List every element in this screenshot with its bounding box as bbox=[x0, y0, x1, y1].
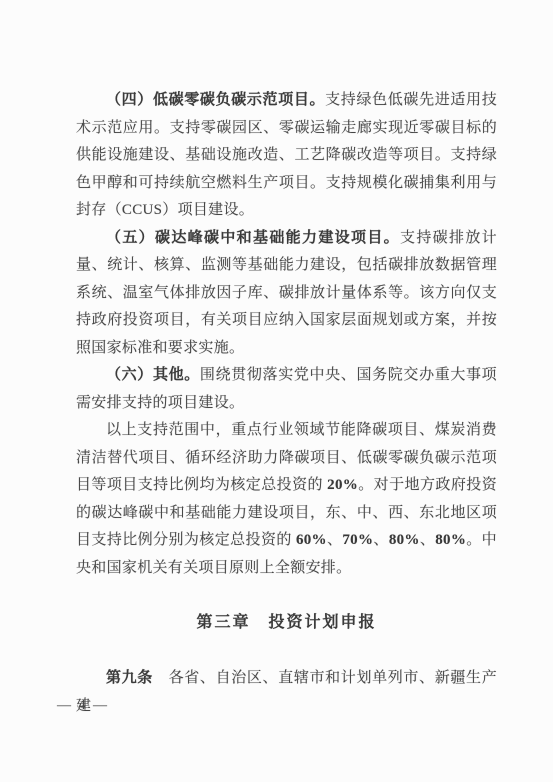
separator: 、 bbox=[420, 532, 436, 548]
percent-20: 20% bbox=[327, 477, 358, 493]
document-body: （四）低碳零碳负碳示范项目。支持绿色低碳先进适用技术示范应用。支持零碳园区、零碳… bbox=[76, 87, 497, 720]
percent-80-b: 80% bbox=[435, 532, 466, 548]
paragraph-support-ratios: 以上支持范围中，重点行业领域节能降碳项目、煤炭消费清洁替代项目、循环经济助力降碳… bbox=[76, 417, 497, 582]
article-9-label: 第九条 bbox=[106, 669, 153, 686]
section-4-title: （四）低碳零碳负碳示范项目。 bbox=[106, 92, 325, 108]
section-5-title: （五）碳达峰碳中和基础能力建设项目。 bbox=[106, 230, 400, 246]
paragraph-section-4: （四）低碳零碳负碳示范项目。支持绿色低碳先进适用技术示范应用。支持零碳园区、零碳… bbox=[76, 87, 497, 225]
paragraph-section-5: （五）碳达峰碳中和基础能力建设项目。支持碳排放计量、统计、核算、监测等基础能力建… bbox=[76, 225, 497, 363]
scanned-document-page: （四）低碳零碳负碳示范项目。支持绿色低碳先进适用技术示范应用。支持零碳园区、零碳… bbox=[0, 0, 553, 782]
percent-80-a: 80% bbox=[389, 532, 420, 548]
percent-60: 60% bbox=[296, 532, 327, 548]
percent-70: 70% bbox=[342, 532, 373, 548]
section-5-text: 支持碳排放计量、统计、核算、监测等基础能力建设，包括碳排放数据管理系统、温室气体… bbox=[76, 230, 497, 356]
page-number: — 4 — bbox=[57, 698, 109, 714]
section-4-text: 支持绿色低碳先进适用技术示范应用。支持零碳园区、零碳运输走廊实现近零碳目标的供能… bbox=[76, 92, 497, 218]
section-6-title: （六）其他。 bbox=[106, 367, 200, 383]
separator: 、 bbox=[373, 532, 389, 548]
paragraph-section-6: （六）其他。围绕贯彻落实党中央、国务院交办重大事项需安排支持的项目建设。 bbox=[76, 362, 497, 417]
paragraph-article-9: 第九条 各省、自治区、直辖市和计划单列市、新疆生产建 bbox=[76, 664, 497, 720]
separator: 、 bbox=[327, 532, 343, 548]
chapter-heading: 第三章 投资计划申报 bbox=[76, 608, 497, 638]
